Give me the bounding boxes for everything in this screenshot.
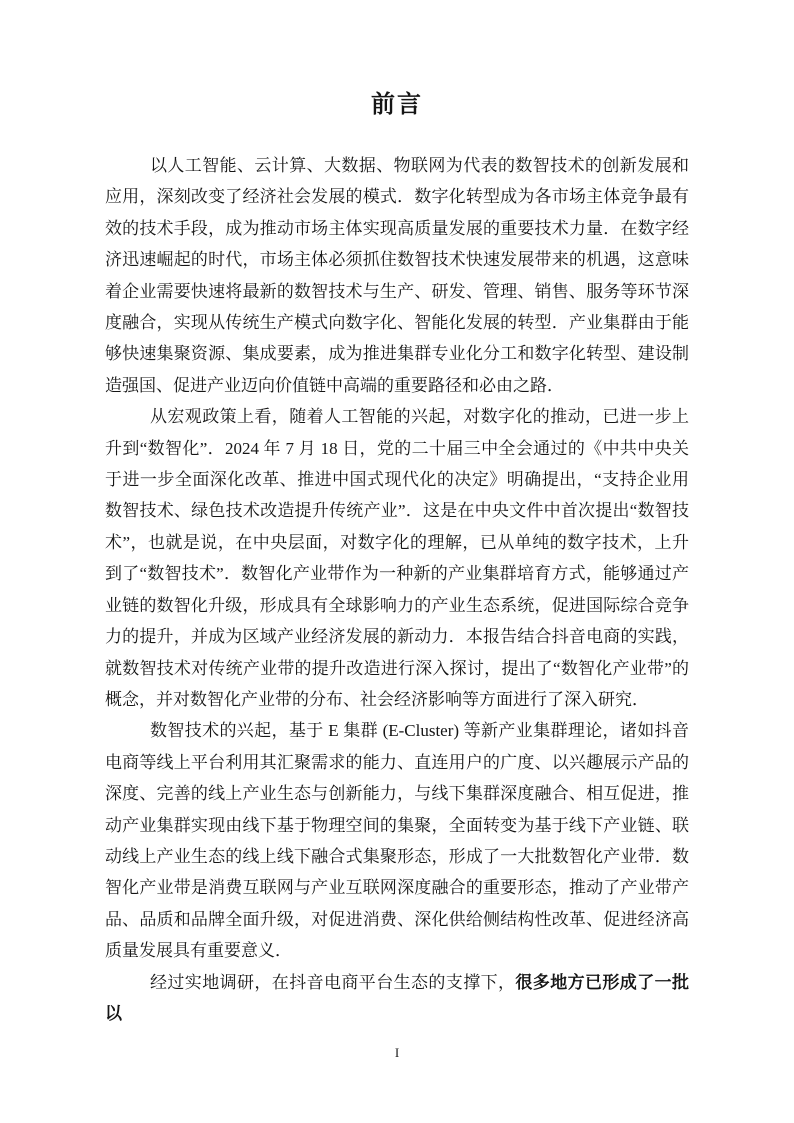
document-page: 前言 以人工智能、云计算、大数据、物联网为代表的数智技术的创新发展和应用，深刻改… [0, 0, 794, 1123]
paragraph-2: 从宏观政策上看，随着人工智能的兴起，对数字化的推动，已进一步上升到“数智化”．2… [105, 401, 689, 715]
page-number: I [0, 1045, 794, 1061]
paragraph-4: 经过实地调研，在抖音电商平台生态的支撑下，很多地方已形成了一批以 [105, 967, 689, 1030]
paragraph-1: 以人工智能、云计算、大数据、物联网为代表的数智技术的创新发展和应用，深刻改变了经… [105, 150, 689, 401]
paragraph-4-text: 经过实地调研，在抖音电商平台生态的支撑下， [150, 973, 515, 992]
page-title: 前言 [0, 0, 794, 122]
document-body: 以人工智能、云计算、大数据、物联网为代表的数智技术的创新发展和应用，深刻改变了经… [105, 150, 689, 1029]
paragraph-3: 数智技术的兴起，基于 E 集群 (E-Cluster) 等新产业集群理论，诸如抖… [105, 715, 689, 966]
